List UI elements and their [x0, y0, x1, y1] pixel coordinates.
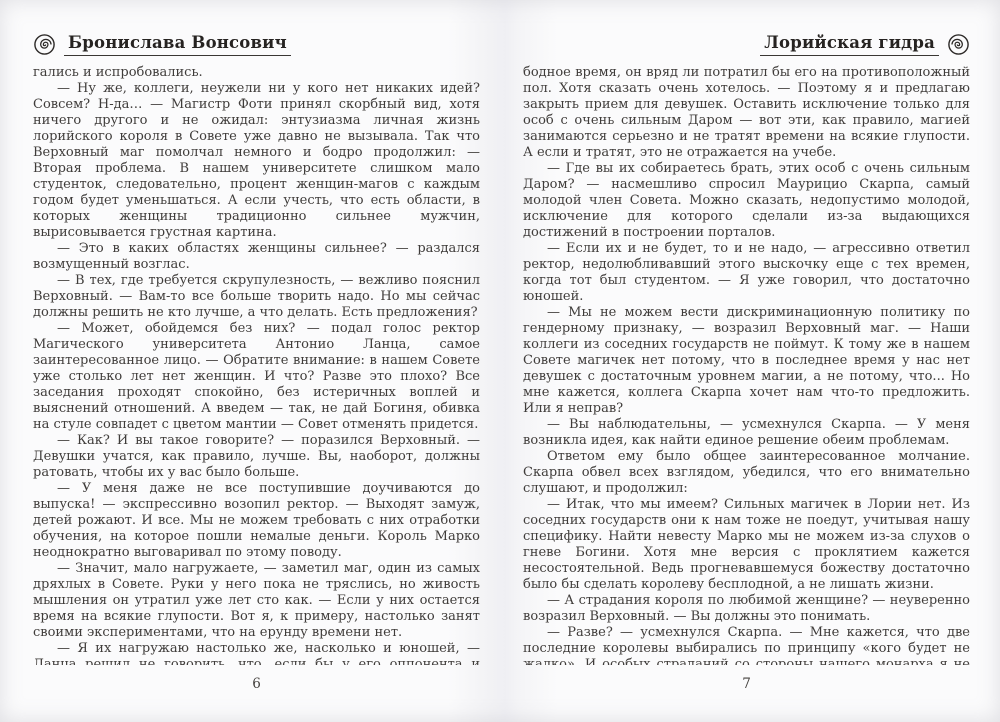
- page-left: Бронислава Вонсович гались и испробовали…: [33, 30, 480, 698]
- page-number-left: 6: [33, 676, 480, 692]
- paragraph: — А страдания короля по любимой женщине?…: [523, 593, 970, 625]
- paragraph: гались и испробовались.: [33, 65, 480, 81]
- paragraph: — Это в каких областях женщины сильнее? …: [33, 241, 480, 273]
- paragraph: — Значит, мало нагружаете, — заметил маг…: [33, 561, 480, 641]
- page-body-right: бодное время, он вряд ли потратил бы его…: [523, 65, 970, 665]
- paragraph: — Может, обойдемся без них? — подал голо…: [33, 321, 480, 433]
- paragraph: — У меня даже не все поступившие доучива…: [33, 481, 480, 561]
- author-running-head: Бронислава Вонсович: [64, 33, 291, 56]
- title-running-head: Лорийская гидра: [760, 33, 939, 56]
- page-right: Лорийская гидра бодное время, он вряд ли…: [523, 30, 970, 698]
- page-number-right: 7: [523, 676, 970, 692]
- paragraph: — В тех, где требуется скрупулезность, —…: [33, 273, 480, 321]
- book-spread: Бронислава Вонсович гались и испробовали…: [0, 0, 1000, 722]
- paragraph: — Ну же, коллеги, неужели ни у кого нет …: [33, 81, 480, 241]
- paragraph: — Я их нагружаю настолько же, насколько …: [33, 641, 480, 665]
- page-body-left: гались и испробовались.— Ну же, коллеги,…: [33, 65, 480, 665]
- running-head-right: Лорийская гидра: [523, 30, 970, 58]
- paragraph: — Вы наблюдательны, — усмехнулся Скарпа.…: [523, 417, 970, 449]
- paragraph: — Как? И вы такое говорите? — поразился …: [33, 433, 480, 481]
- spiral-icon: [33, 33, 56, 56]
- paragraph: — Мы не можем вести дискриминационную по…: [523, 305, 970, 417]
- paragraph: — Итак, что мы имеем? Сильных магичек в …: [523, 497, 970, 593]
- paragraph: — Разве? — усмехнулся Скарпа. — Мне каже…: [523, 625, 970, 665]
- paragraph: — Где вы их собираетесь брать, этих особ…: [523, 161, 970, 241]
- paragraph: — Если их и не будет, то и не надо, — аг…: [523, 241, 970, 305]
- spiral-icon: [947, 33, 970, 56]
- paragraph: бодное время, он вряд ли потратил бы его…: [523, 65, 970, 161]
- running-head-left: Бронислава Вонсович: [33, 30, 480, 58]
- paragraph: Ответом ему было общее заинтересованное …: [523, 449, 970, 497]
